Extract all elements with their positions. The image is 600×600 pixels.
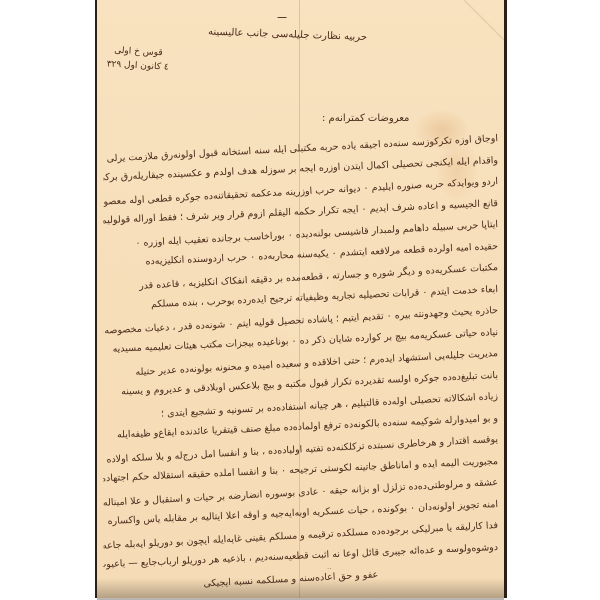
ink-smudge: ·· bbox=[327, 565, 345, 569]
date-block: قوس خ اولی ٤ کانون اول ٣٢٩ bbox=[106, 43, 170, 74]
corner-crease bbox=[464, 0, 504, 40]
salutation: معروضات کمترانه‌م : bbox=[322, 113, 409, 124]
date-line-2: ٤ کانون اول ٣٢٩ bbox=[106, 57, 169, 74]
letter-body: اوجاق اوزه تکرکوزسه سنه‌ده اجیقه یاده حر… bbox=[103, 128, 498, 580]
document-header: حربیه نظارت جلیله‌سی جانب عالیسینه bbox=[247, 28, 367, 43]
top-mark: ـــ bbox=[278, 10, 287, 21]
document-page: ـــ حربیه نظارت جلیله‌سی جانب عالیسینه ق… bbox=[97, 0, 504, 598]
